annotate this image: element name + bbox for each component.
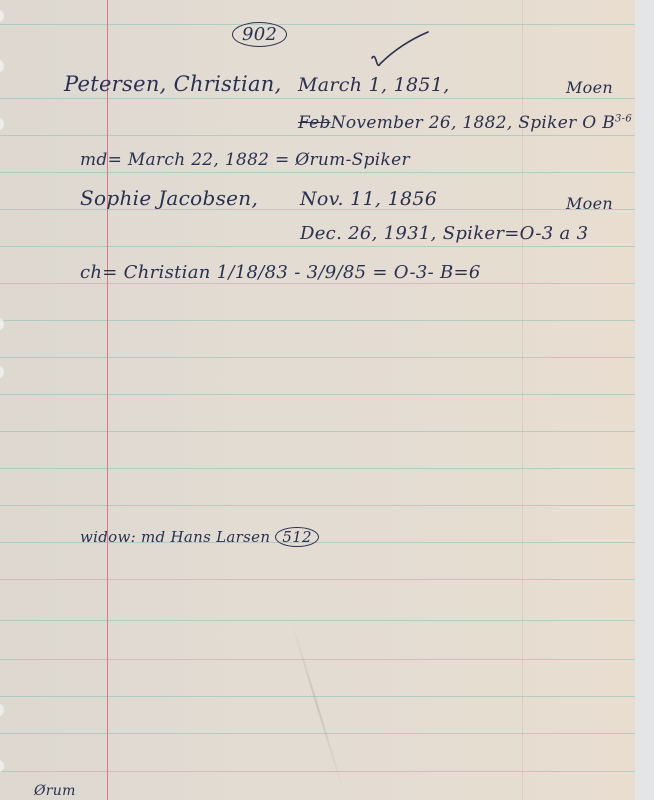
binder-hole <box>0 118 4 130</box>
child-record: ch= Christian 1/18/83 - 3/9/85 = O-3- B=… <box>80 262 481 283</box>
wife-birthplace: Moen <box>566 194 613 213</box>
wife-name: Sophie Jacobsen, <box>80 186 258 210</box>
binder-hole <box>0 60 4 72</box>
husband-name: Petersen, Christian, <box>64 72 282 96</box>
ruled-line <box>0 620 635 621</box>
ruled-line <box>0 659 635 660</box>
binder-hole <box>0 704 4 716</box>
ruled-line <box>0 505 635 506</box>
record-number: 902 <box>232 24 287 45</box>
left-margin-line <box>107 0 108 800</box>
binder-hole <box>0 366 4 378</box>
wife-birth-date: Nov. 11, 1856 <box>300 188 437 210</box>
ruled-line <box>0 771 635 772</box>
ruled-line <box>0 431 635 432</box>
ruled-line <box>0 24 635 25</box>
check-mark-icon <box>370 30 430 70</box>
husband-death-text: November 26, 1882, Spiker O B <box>331 113 615 133</box>
ruled-line <box>0 172 635 173</box>
ruled-line <box>0 394 635 395</box>
paper-crease <box>290 619 345 792</box>
notebook-page: 902 Petersen, Christian, March 1, 1851, … <box>0 0 635 800</box>
ruled-line <box>0 246 635 247</box>
husband-birth-date: March 1, 1851, <box>298 74 450 96</box>
ruled-line <box>0 579 635 580</box>
ruled-line <box>0 98 635 99</box>
widow-reference-number: 512 <box>275 527 319 547</box>
ruled-line <box>0 320 635 321</box>
husband-death-suffix: 3-6 <box>615 113 632 124</box>
footer-note: Ørum <box>34 783 76 799</box>
husband-death: FebNovember 26, 1882, Spiker O B3-6 <box>298 113 632 133</box>
wife-death: Dec. 26, 1931, Spiker=O-3 a 3 <box>300 223 588 244</box>
widow-note-text: widow: md Hans Larsen <box>80 528 270 546</box>
ruled-line <box>0 733 635 734</box>
ruled-line <box>0 468 635 469</box>
ruled-line <box>0 283 635 284</box>
ruled-line <box>0 696 635 697</box>
ruled-line <box>0 135 635 136</box>
widow-note: widow: md Hans Larsen 512 <box>80 528 319 546</box>
ruled-line <box>0 357 635 358</box>
struck-text: Feb <box>298 113 331 133</box>
husband-birthplace: Moen <box>566 78 613 97</box>
marriage-record: md= March 22, 1882 = Ørum-Spiker <box>80 150 410 170</box>
record-number-text: 902 <box>232 22 287 47</box>
binder-hole <box>0 10 4 22</box>
